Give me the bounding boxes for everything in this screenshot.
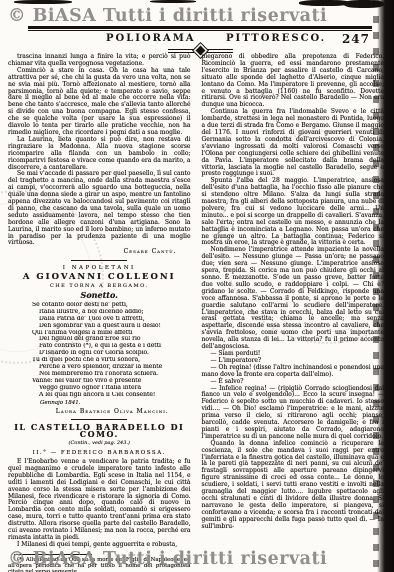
article-title: IL CASTELLO BARADELLO DI COMO.: [8, 424, 191, 438]
journal-title-left: POLIORAMA: [106, 33, 196, 44]
scanned-page: © BiASA Tutti i diritti riservati POLIOR…: [0, 0, 394, 572]
paragraph: Cominciò a stare in casa. Oh la casa ha …: [8, 68, 191, 137]
poem-line: Qui l'anima volgesi a mille affetti: [32, 330, 191, 337]
watermark-bottom: © BiASA Tutti i diritti riservati: [8, 549, 327, 569]
poem-line: Fato contristo (*), e qui la gesta e i d…: [32, 343, 191, 350]
left-column: trascina innanzi lunga a finire la vita;…: [8, 54, 191, 550]
paragraph: Continua la guerra fra l'indomabile Svev…: [202, 109, 385, 178]
scan-smudge: [150, 0, 196, 3]
poem-line: Del figliuol del grand'Eroe sul rio: [32, 336, 191, 343]
ornament-bar: [168, 49, 194, 53]
header-rule: [28, 26, 372, 31]
poem-line: A lei quai figli ancora il Ciel consente…: [32, 392, 191, 399]
page-body: trascina innanzi lunga a finire la vita;…: [8, 54, 384, 550]
divider-rule: [71, 260, 127, 261]
scan-smudge: [14, 0, 72, 4]
poem-line: Vanne: nel valor tuo vivo e presente: [32, 378, 191, 385]
sonnet: Se cotanto dolor desti ne' petti, Italia…: [32, 302, 191, 399]
poem-line: Italia illustre, a noi dicendo addio;: [32, 309, 191, 316]
ornament-bar: [207, 49, 233, 53]
poem-line: Deh sgombrar vali a quest'aura il desio!: [32, 323, 191, 330]
poem-line: Se cotanto dolor desti ne' petti,: [32, 302, 191, 309]
paragraph: E l'Enobarbo venne a vendicare la patria…: [8, 459, 191, 542]
paragraph: piegarono di obbedire alla prepotenza di…: [202, 54, 385, 109]
poem-line: Noi membreremo fra l'onorata schiera.: [32, 371, 191, 378]
right-column: piegarono di obbedire alla prepotenza di…: [202, 54, 385, 550]
page-number: 247: [342, 32, 370, 46]
poem-subtitle: CHE TORNA A BERGAMO.: [8, 283, 191, 290]
journal-title-right: PITTORESCO.: [226, 33, 326, 44]
paragraph: Se mai v'accade di passare per quel paes…: [8, 171, 191, 247]
scan-edge-band: [377, 0, 394, 572]
paragraph: trascina innanzi lunga a finire la vita;…: [8, 54, 191, 68]
poem-genre: Sonetto.: [8, 292, 191, 299]
paragraph: I Milanesi di quei tempi, gente agguerri…: [8, 542, 191, 549]
paragraph: La Laurina, lieta quanto si può dire, no…: [8, 137, 191, 172]
poem-line: Dalla Patria de' Tuoi ove ti affretti,: [32, 316, 191, 323]
divider-rule: [71, 419, 127, 420]
paragraph: Spunta l'alba del 28 maggio. L'imperatri…: [202, 178, 385, 247]
page-header: POLIORAMA PITTORESCO. 247: [28, 26, 372, 54]
poet-signature: Laura Beatrice Oliva Mancini.: [8, 409, 191, 416]
article-chapter-heading: II.° — FEDERICO BARBAROSSA.: [8, 450, 191, 457]
paragraph: Nondimeno l'imperatrice attende impazien…: [202, 247, 385, 351]
watermark-top: © BiASA Tutti i diritti riservati: [8, 6, 327, 26]
poem-line: Perché a vero splendor, drizzar la mente: [32, 364, 191, 371]
poem-line: Tu di quei pochi che a virtù sonora,: [32, 357, 191, 364]
dialogue-line: — Oh regina! (disse l'altro inchinandosi…: [202, 365, 385, 379]
poem-title: A GIOVANNI COLLEONI: [8, 274, 191, 281]
poem-date: Gennajo 1841.: [40, 400, 191, 407]
author-signature: Cesare Cantù.: [8, 249, 191, 256]
poem-line: Veggo giulivo ognor l'Italia intera: [32, 385, 191, 392]
poem-line: D'Isnardo in ogni cor Gloria scolpìo.: [32, 350, 191, 357]
paragraph: Quando la donna infelice cominciò a ricu…: [202, 441, 385, 531]
article-continuation-note: (Contin., vedi pag. 243.): [8, 440, 191, 447]
paragraph: — Infelice regina! — (ripigliò Corrado s…: [202, 386, 385, 441]
